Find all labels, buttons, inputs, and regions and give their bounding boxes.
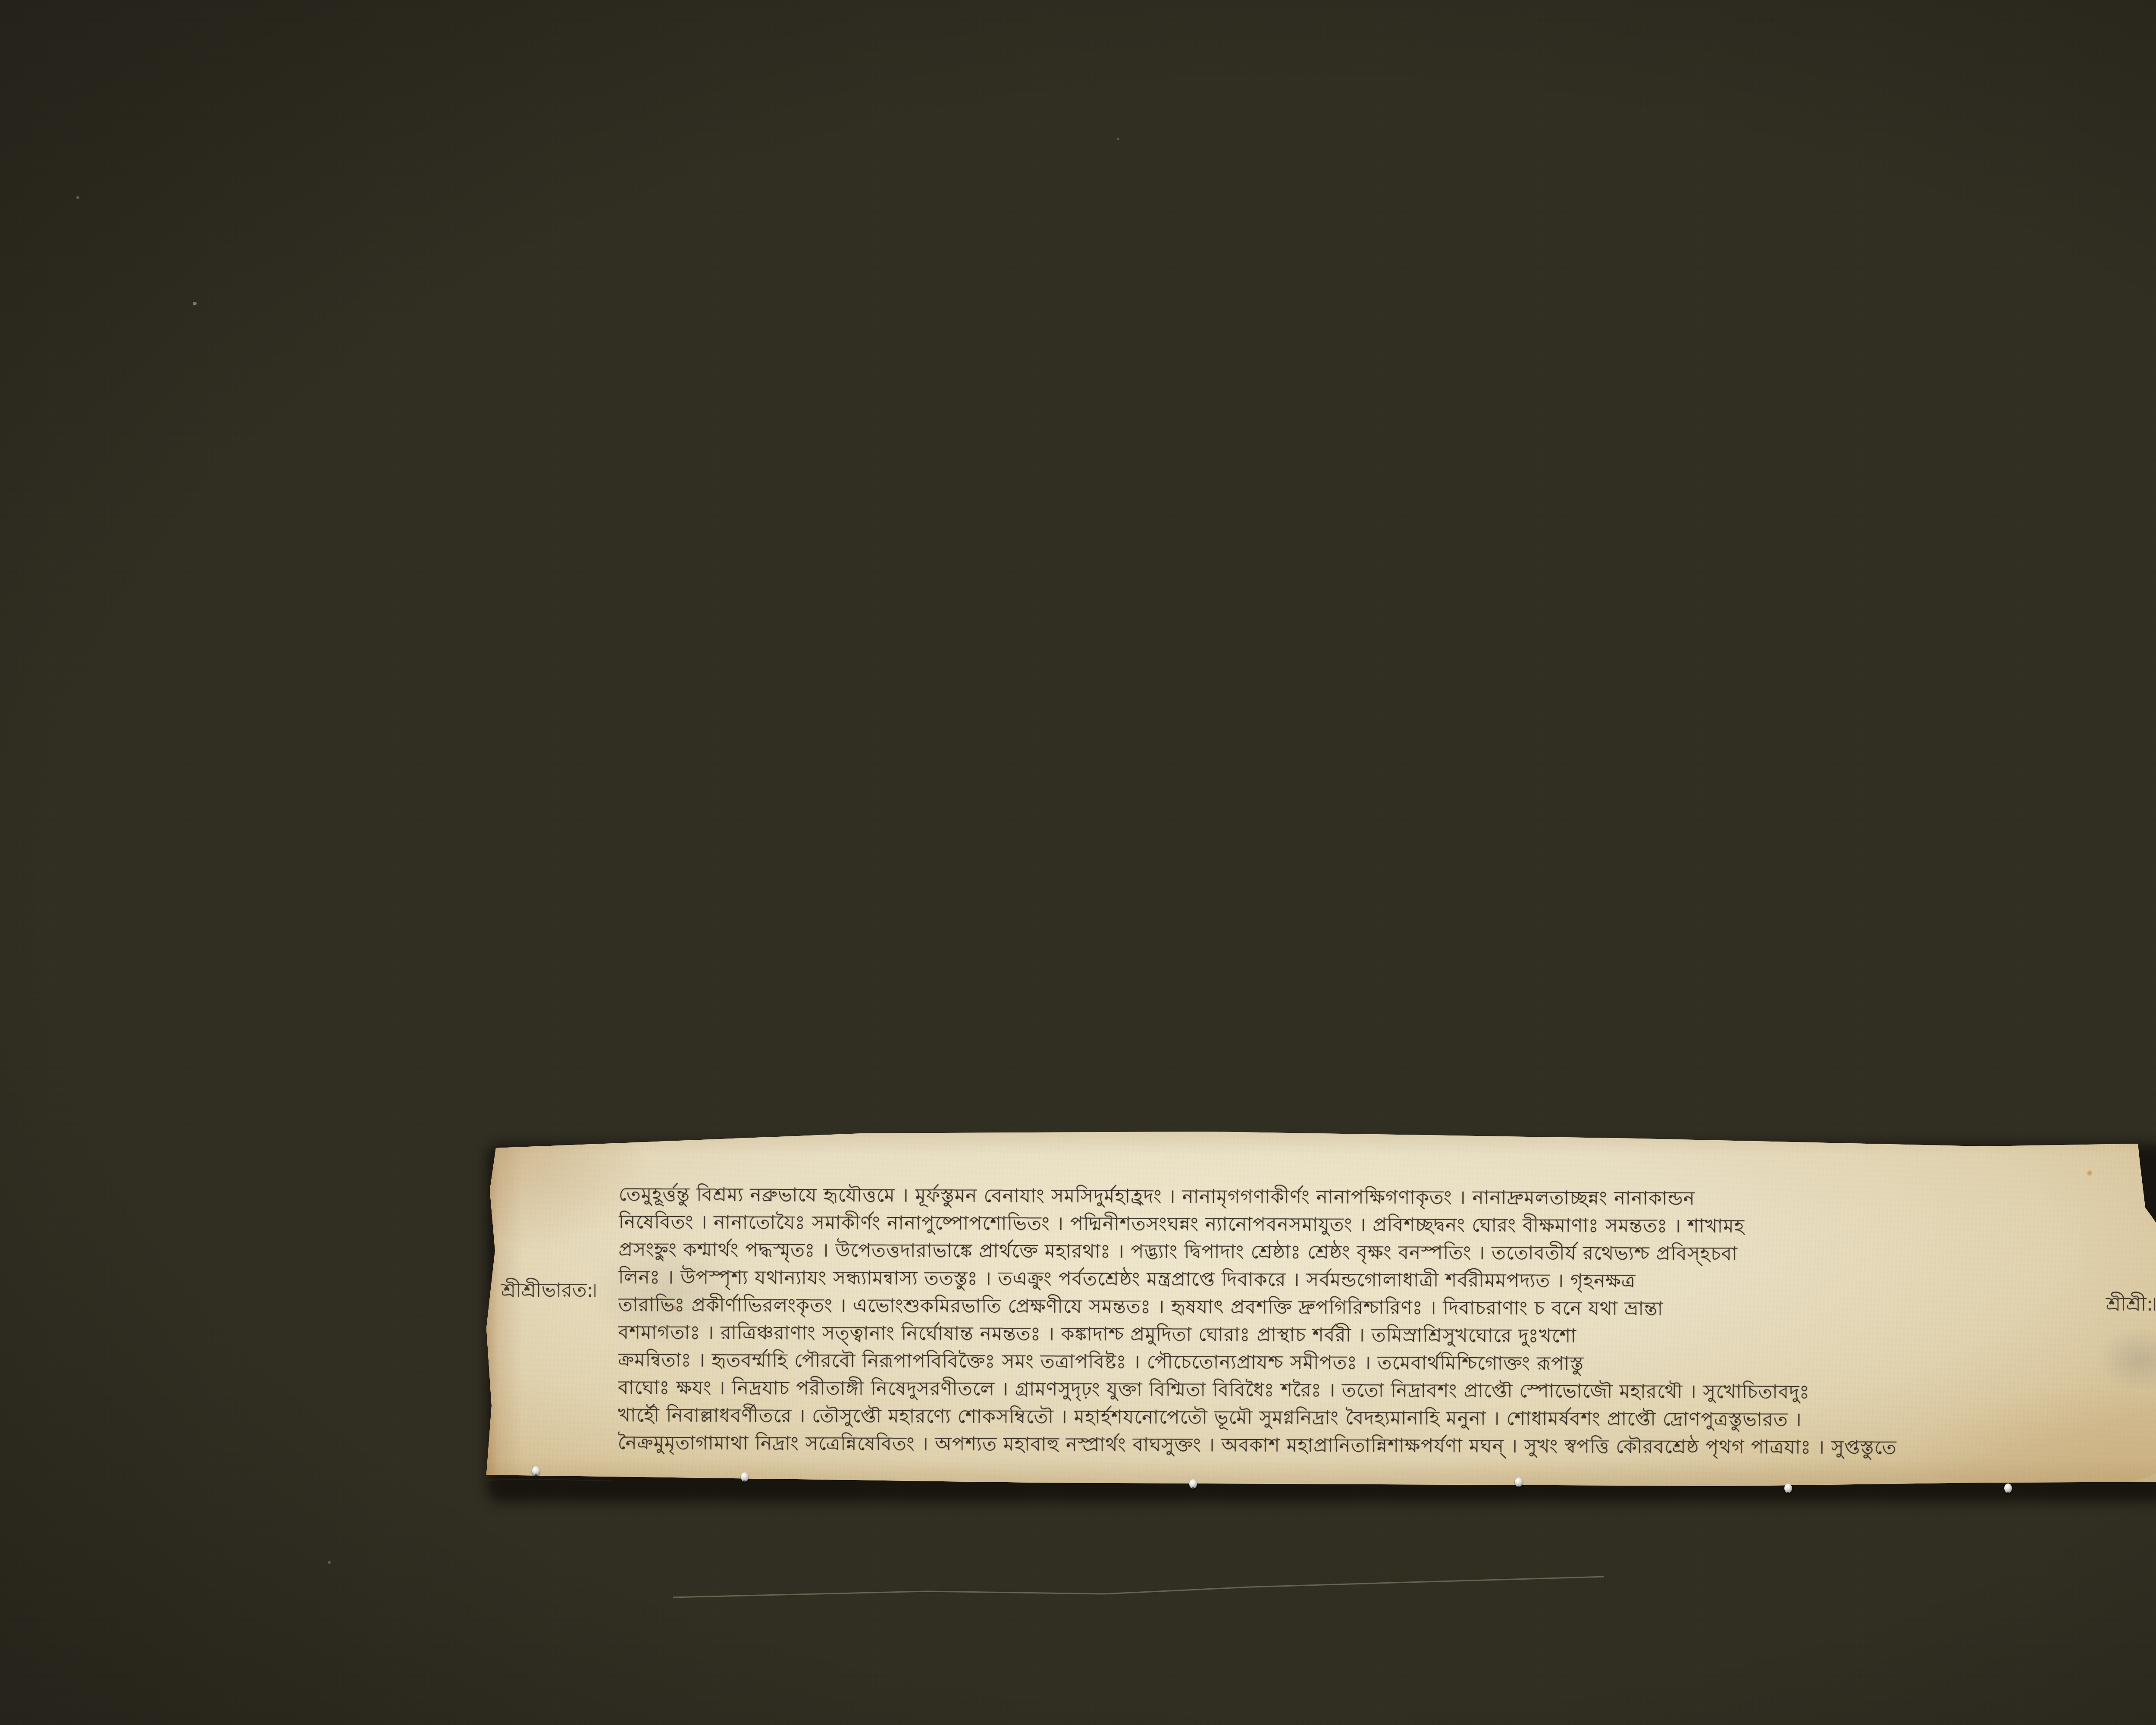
mounting-pin [1784, 1483, 1792, 1493]
stain [2096, 1327, 2156, 1392]
manuscript-text-block: তেমুহূর্ত্তন্তু বিশ্রম্য নব্রুভাযে হৃযৌত… [617, 1181, 2072, 1471]
left-margin-inscription: শ্রীশ্রীভারত:৷ [501, 1276, 596, 1308]
mounting-pin [2004, 1483, 2012, 1493]
mounting-pin [741, 1472, 749, 1482]
right-margin-inscription: শ্রীশ্রী:৷ [2106, 1289, 2156, 1322]
manuscript-leaf: শ্রীশ্রীভারত:৷ তেমুহূর্ত্তন্তু বিশ্রম্য … [484, 1129, 2156, 1488]
mounting-pin [532, 1466, 540, 1476]
dust-speck [1117, 138, 1119, 140]
manuscript-text-line: নৈক্রমুমৃতাগামাথা নিদ্রাং সত্রেন্নিষেবিত… [618, 1429, 2071, 1462]
stain [2086, 1170, 2093, 1176]
dust-speck [193, 302, 197, 305]
dust-speck [76, 196, 79, 199]
photo-background: শ্রীশ্রীভারত:৷ তেমুহূর্ত্তন্তু বিশ্রম্য … [0, 0, 2156, 1725]
mounting-pin [1189, 1479, 1197, 1489]
mounting-pin [1515, 1477, 1523, 1487]
dust-speck [328, 1561, 331, 1564]
